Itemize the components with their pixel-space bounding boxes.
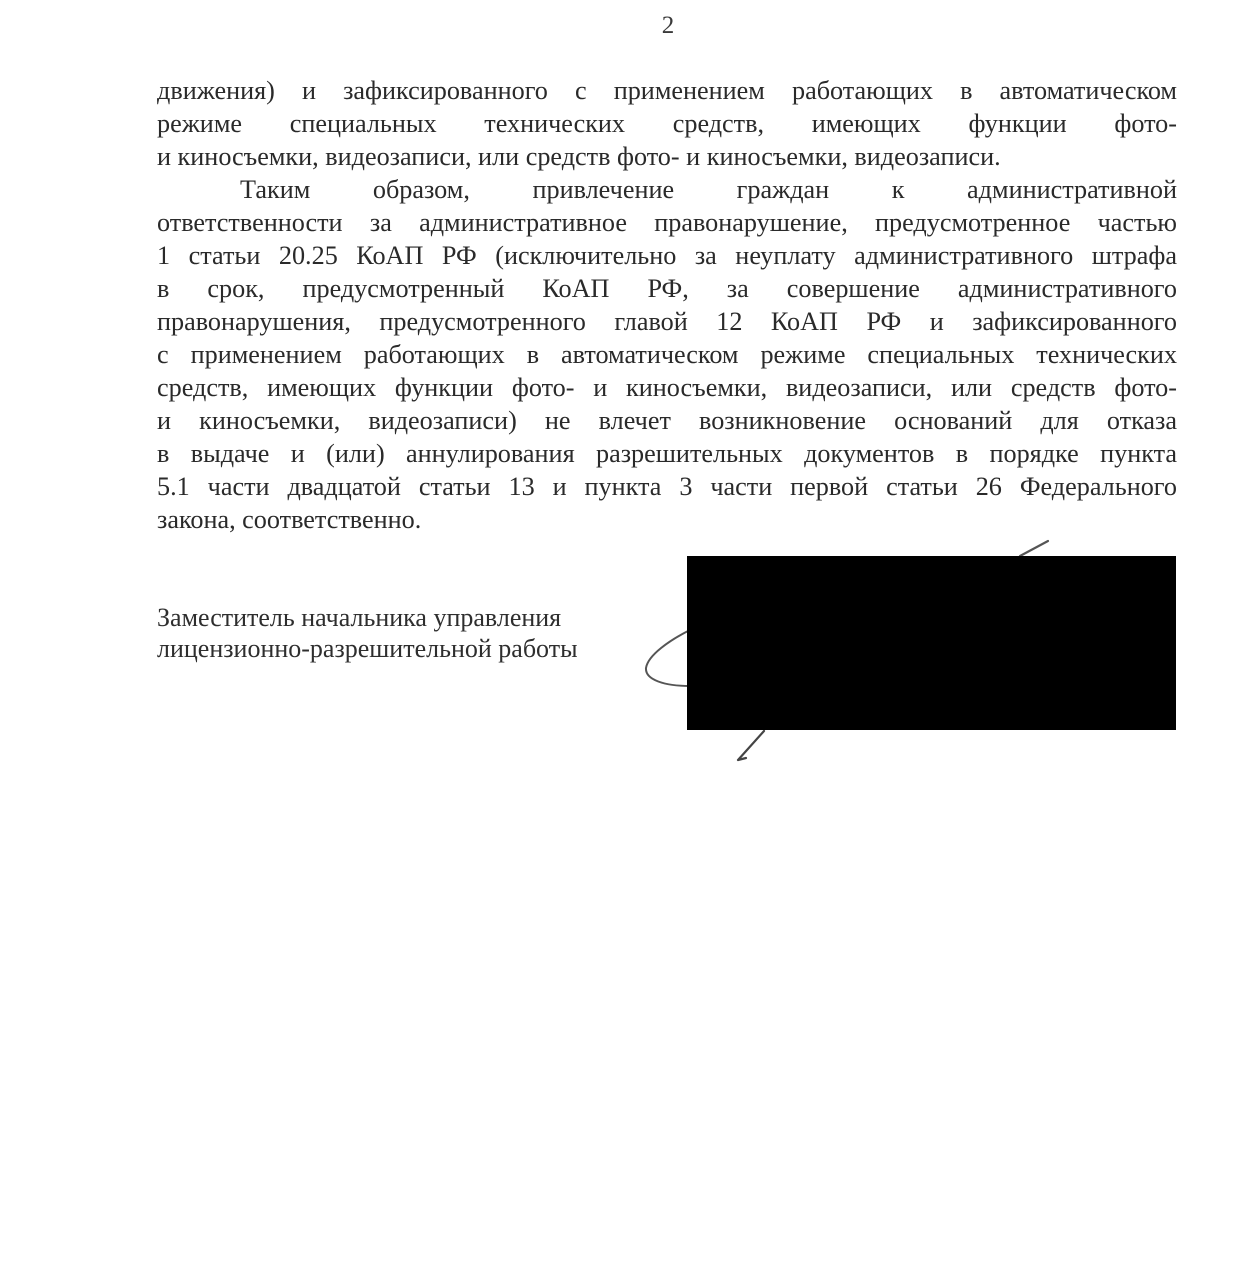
signatory-title-line-1: Заместитель начальника управления <box>157 602 578 633</box>
body-line: и киносъемки, видеозаписи) не влечет воз… <box>157 404 1177 437</box>
signatory-title: Заместитель начальника управления лиценз… <box>157 602 578 664</box>
body-line: в выдаче и (или) аннулирования разрешите… <box>157 437 1177 470</box>
body-line: и киносъемки, видеозаписи, или средств ф… <box>157 140 1177 173</box>
document-body: движения) и зафиксированного с применени… <box>157 74 1177 536</box>
body-line: режиме специальных технических средств, … <box>157 107 1177 140</box>
body-line: средств, имеющих функции фото- и киносъе… <box>157 371 1177 404</box>
signatory-title-line-2: лицензионно-разрешительной работы <box>157 633 578 664</box>
redacted-signature-box <box>687 556 1176 730</box>
paragraph-start-line: Таким образом, привлечение граждан к адм… <box>157 173 1177 206</box>
body-line: закона, соответственно. <box>157 503 1177 536</box>
body-line: 5.1 части двадцатой статьи 13 и пункта 3… <box>157 470 1177 503</box>
body-line: 1 статьи 20.25 КоАП РФ (исключительно за… <box>157 239 1177 272</box>
page-number: 2 <box>0 12 1255 40</box>
body-line: с применением работающих в автоматическо… <box>157 338 1177 371</box>
body-line: движения) и зафиксированного с применени… <box>157 74 1177 107</box>
body-line: в срок, предусмотренный КоАП РФ, за сове… <box>157 272 1177 305</box>
body-line: правонарушения, предусмотренного главой … <box>157 305 1177 338</box>
body-line: ответственности за административное прав… <box>157 206 1177 239</box>
